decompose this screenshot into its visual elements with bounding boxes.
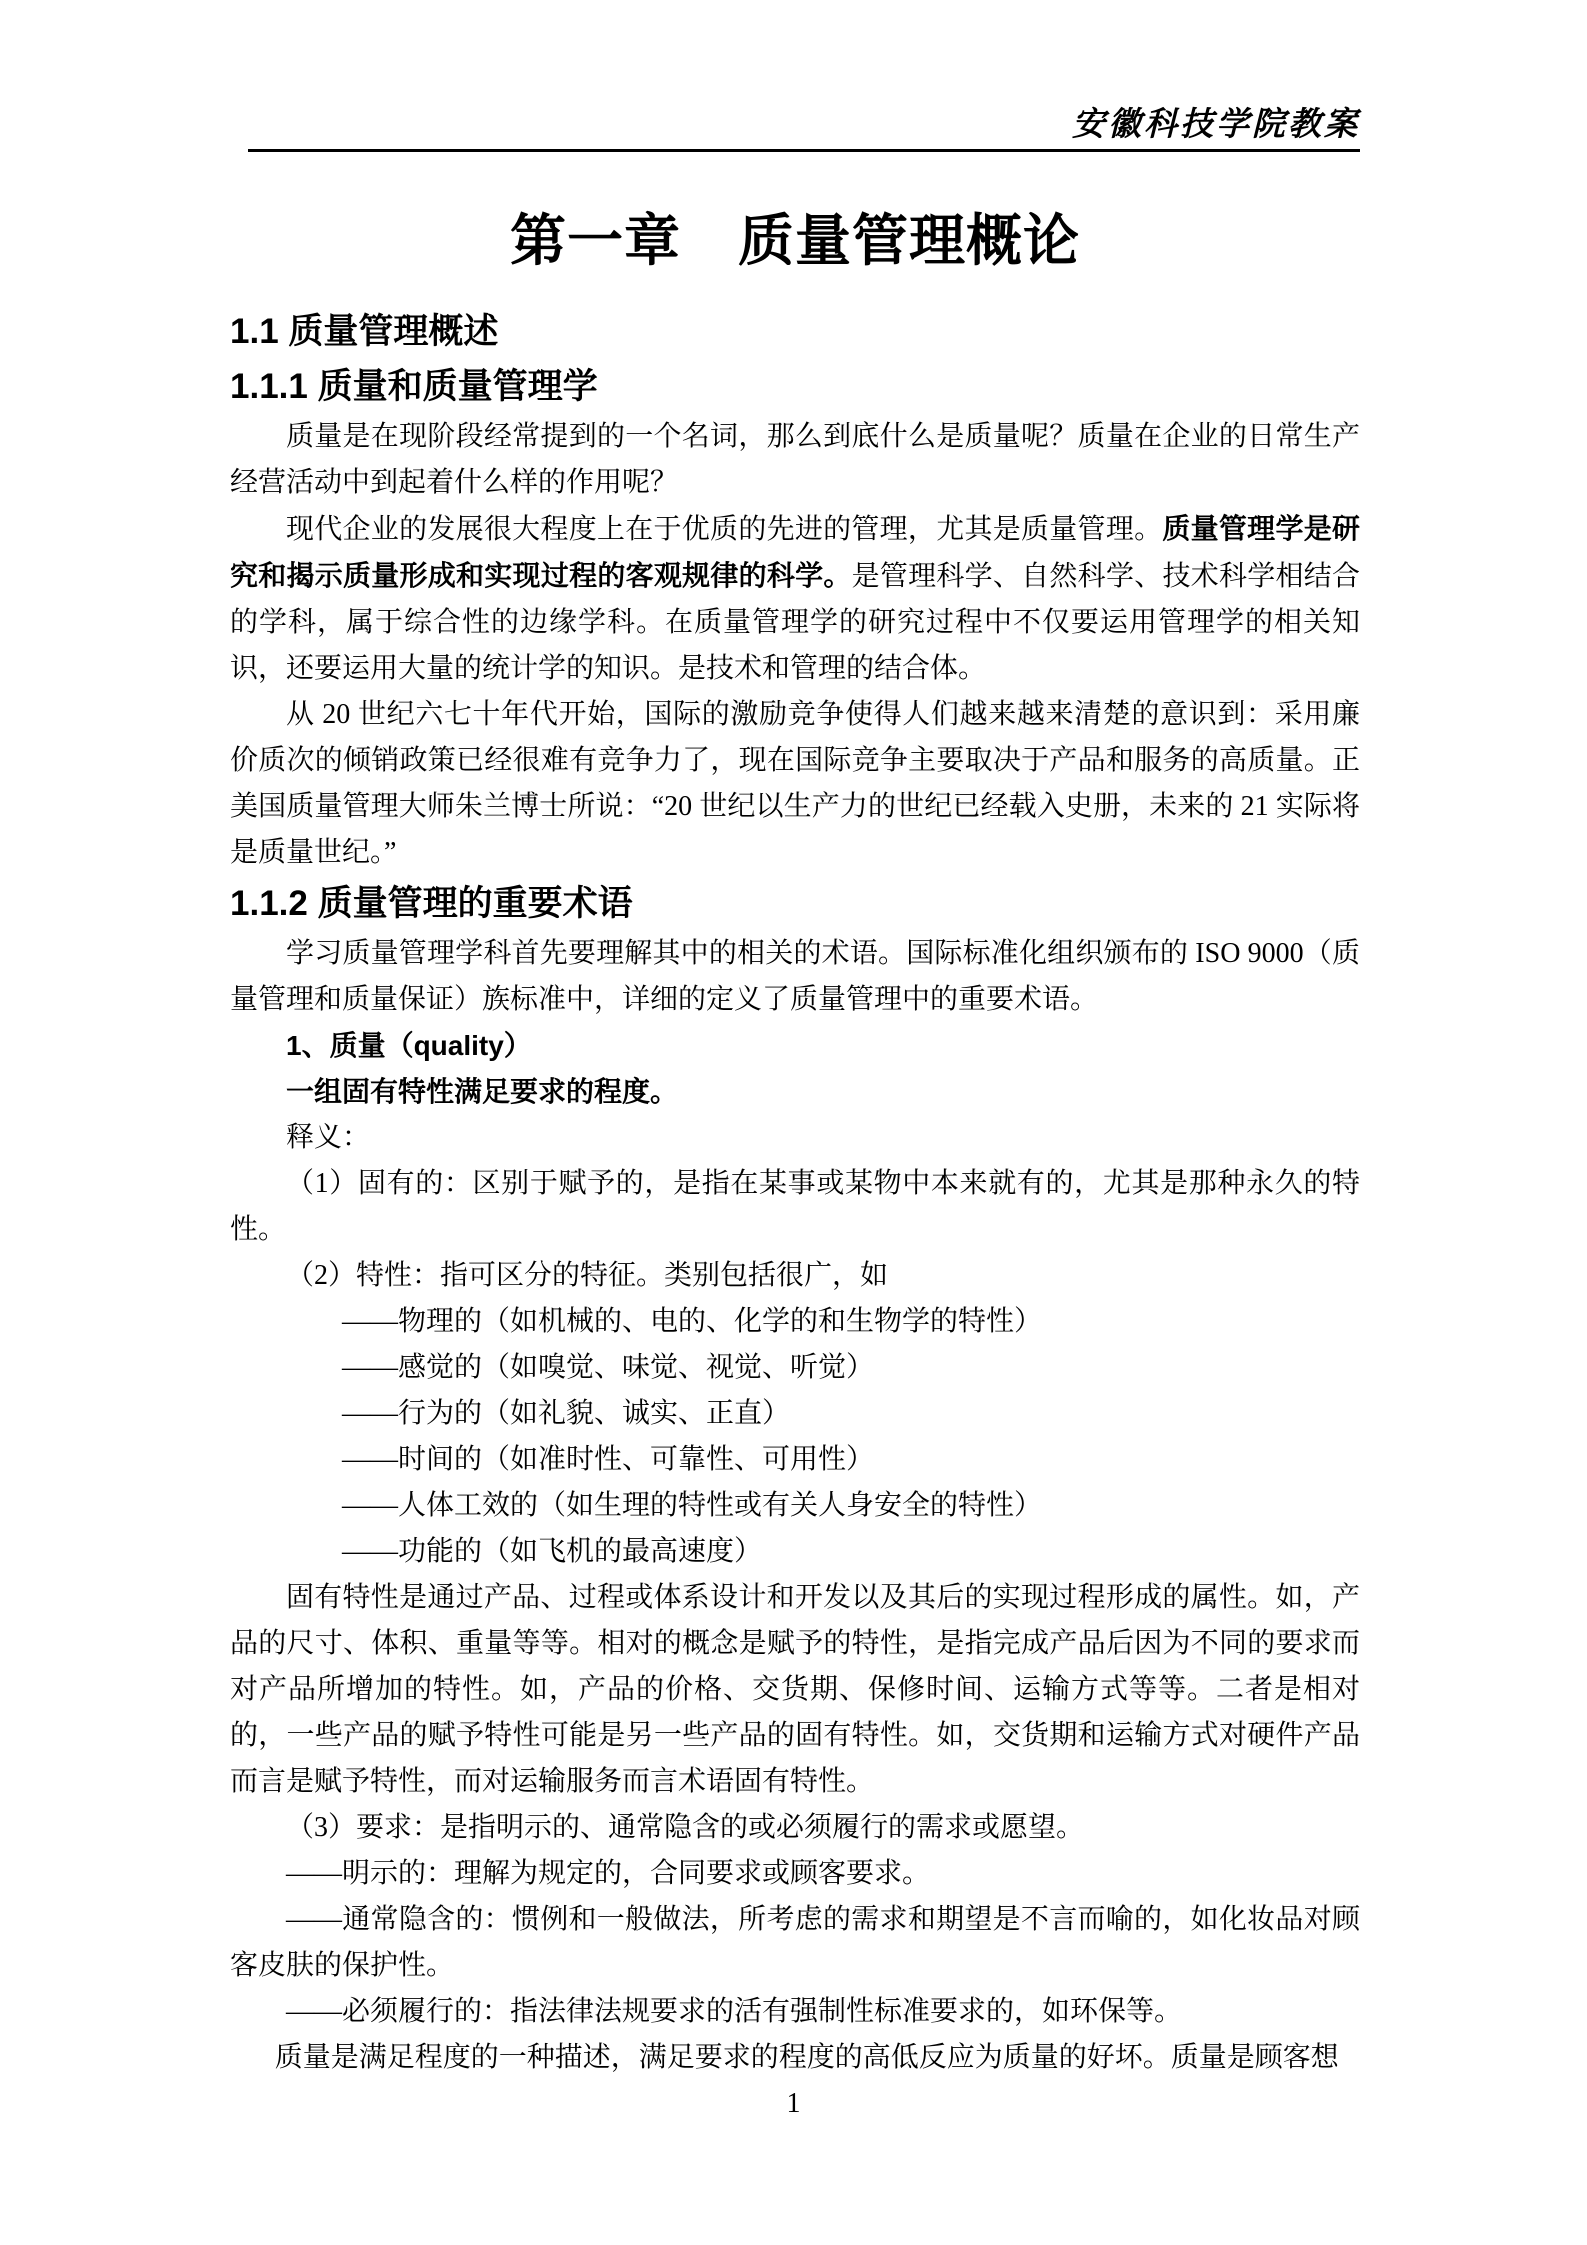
term-quality-definition: 一组固有特性满足要求的程度。 — [230, 1069, 1360, 1115]
characteristic-example-sensory: ——感觉的（如嗅觉、味觉、视觉、听觉） — [230, 1345, 1360, 1391]
paragraph-quality-intro: 质量是在现阶段经常提到的一个名词，那么到底什么是质量呢？质量在企业的日常生产经营… — [230, 414, 1360, 506]
requirement-example-implied: ――通常隐含的：惯例和一般做法，所考虑的需求和期望是不言而喻的，如化妆品对顾客皮… — [230, 1897, 1360, 1989]
characteristic-example-behavioral: ——行为的（如礼貌、诚实、正直） — [230, 1391, 1360, 1437]
term-quality-title: 1、质量（quality） — [230, 1023, 1360, 1069]
paragraph-quality-closing: 质量是满足程度的一种描述，满足要求的程度的高低反应为质量的好坏。质量是顾客想 — [230, 2035, 1360, 2081]
characteristic-example-ergonomic: ——人体工效的（如生理的特性或有关人身安全的特性） — [230, 1483, 1360, 1529]
item-requirement: （3）要求：是指明示的、通常隐含的或必须履行的需求或愿望。 — [230, 1805, 1360, 1851]
requirement-example-stated: ――明示的：理解为规定的，合同要求或顾客要求。 — [230, 1851, 1360, 1897]
page-number: 1 — [787, 2088, 801, 2119]
item-characteristic: （2）特性：指可区分的特征。类别包括很广，如 — [230, 1253, 1360, 1299]
paragraph-terms-intro: 学习质量管理学科首先要理解其中的相关的术语。国际标准化组织颁布的 ISO 900… — [230, 931, 1360, 1023]
page-footer: 1 — [0, 2088, 1587, 2120]
heading-section-1-1-1: 1.1.1 质量和质量管理学 — [230, 359, 1360, 414]
heading-section-1-1-2: 1.1.2 质量管理的重要术语 — [230, 876, 1360, 931]
text-run-normal: 现代企业的发展很大程度上在于优质的先进的管理，尤其是质量管理。 — [286, 514, 1162, 545]
header-rule: 安徽科技学院教案 — [248, 98, 1360, 152]
characteristic-example-physical: ——物理的（如机械的、电的、化学的和生物学的特性） — [230, 1299, 1360, 1345]
characteristic-example-functional: ——功能的（如飞机的最高速度） — [230, 1529, 1360, 1575]
chapter-title: 第一章 质量管理概论 — [230, 207, 1360, 274]
characteristic-example-temporal: ——时间的（如准时性、可靠性、可用性） — [230, 1437, 1360, 1483]
document-page: 安徽科技学院教案 第一章 质量管理概论 1.1 质量管理概述 1.1.1 质量和… — [0, 0, 1587, 2245]
interpretation-label: 释义： — [230, 1115, 1360, 1161]
item-inherent: （1）固有的：区别于赋予的，是指在某事或某物中本来就有的，尤其是那种永久的特性。 — [230, 1161, 1360, 1253]
paragraph-modern-enterprise: 现代企业的发展很大程度上在于优质的先进的管理，尤其是质量管理。质量管理学是研究和… — [230, 506, 1360, 692]
paragraph-international-competition: 从 20 世纪六七十年代开始，国际的激励竞争使得人们越来越来清楚的意识到：采用廉… — [230, 692, 1360, 876]
page-header: 安徽科技学院教案 — [230, 0, 1360, 152]
header-school-title: 安徽科技学院教案 — [1072, 107, 1360, 143]
requirement-example-obligatory: ――必须履行的：指法律法规要求的活有强制性标准要求的，如环保等。 — [230, 1989, 1360, 2035]
paragraph-inherent-vs-assigned: 固有特性是通过产品、过程或体系设计和开发以及其后的实现过程形成的属性。如，产品的… — [230, 1575, 1360, 1805]
heading-section-1-1: 1.1 质量管理概述 — [230, 304, 1360, 359]
